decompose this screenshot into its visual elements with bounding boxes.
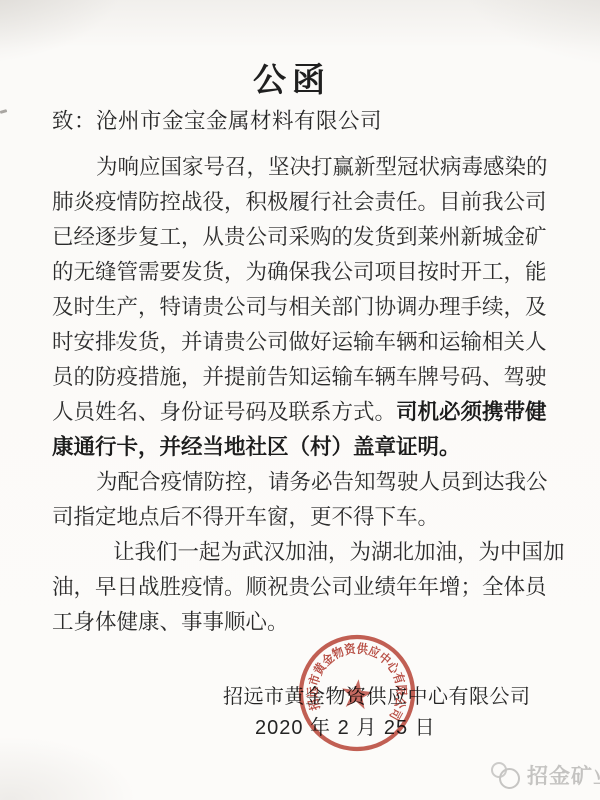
body-line: 员的防疫措施，并提前告知运输车辆车牌号码、驾驶	[52, 360, 557, 395]
body-line: 及时生产，特请贵公司与相关部门协调办理手续，及	[52, 290, 557, 325]
body-line: 为响应国家号召，坚决打赢新型冠状病毒感染的	[52, 150, 557, 185]
body-line: 司指定地点后不得开车窗，更不得下车。	[52, 500, 557, 535]
seal-star-icon: ★	[336, 670, 377, 719]
zhaojin-logo-icon	[490, 760, 522, 790]
scanned-letter-page: 公函 致：沧州市金宝金属材料有限公司 为响应国家号召，坚决打赢新型冠状病毒感染的…	[0, 0, 600, 800]
watermark-text: 招金矿业	[527, 760, 600, 790]
body-line: 人员姓名、身份证号码及联系方式。司机必须携带健	[52, 395, 557, 430]
zhaojin-watermark: 招金矿业	[490, 760, 600, 790]
body-line: 已经逐步复工，从贵公司采购的发货到莱州新城金矿	[52, 220, 557, 255]
recipient-line: 致：沧州市金宝金属材料有限公司	[52, 104, 382, 135]
body-line: 时安排发货，并请贵公司做好运输车辆和运输相关人	[52, 325, 557, 360]
body-line: 的无缝管需要发货，为确保我公司项目按时开工，能	[52, 255, 557, 290]
letter-body: 为响应国家号召，坚决打赢新型冠状病毒感染的肺炎疫情防控战役，积极履行社会责任。目…	[52, 150, 557, 640]
body-line: 为配合疫情防控，请务必告知驾驶人员到达我公	[52, 465, 557, 500]
body-line: 让我们一起为武汉加油，为湖北加油，为中国加	[52, 535, 557, 570]
scan-artifact-dash	[0, 109, 7, 114]
body-line: 肺炎疫情防控战役，积极履行社会责任。目前我公司	[52, 185, 557, 220]
body-line: 康通行卡，并经当地社区（村）盖章证明。	[52, 430, 557, 465]
body-line: 油，早日战胜疫情。顺祝贵公司业绩年年增；全体员	[52, 570, 557, 605]
company-seal-stamp: 招远市黄金物资供应中心有限公司 ★	[287, 623, 427, 763]
letter-title: 公函	[0, 54, 592, 101]
